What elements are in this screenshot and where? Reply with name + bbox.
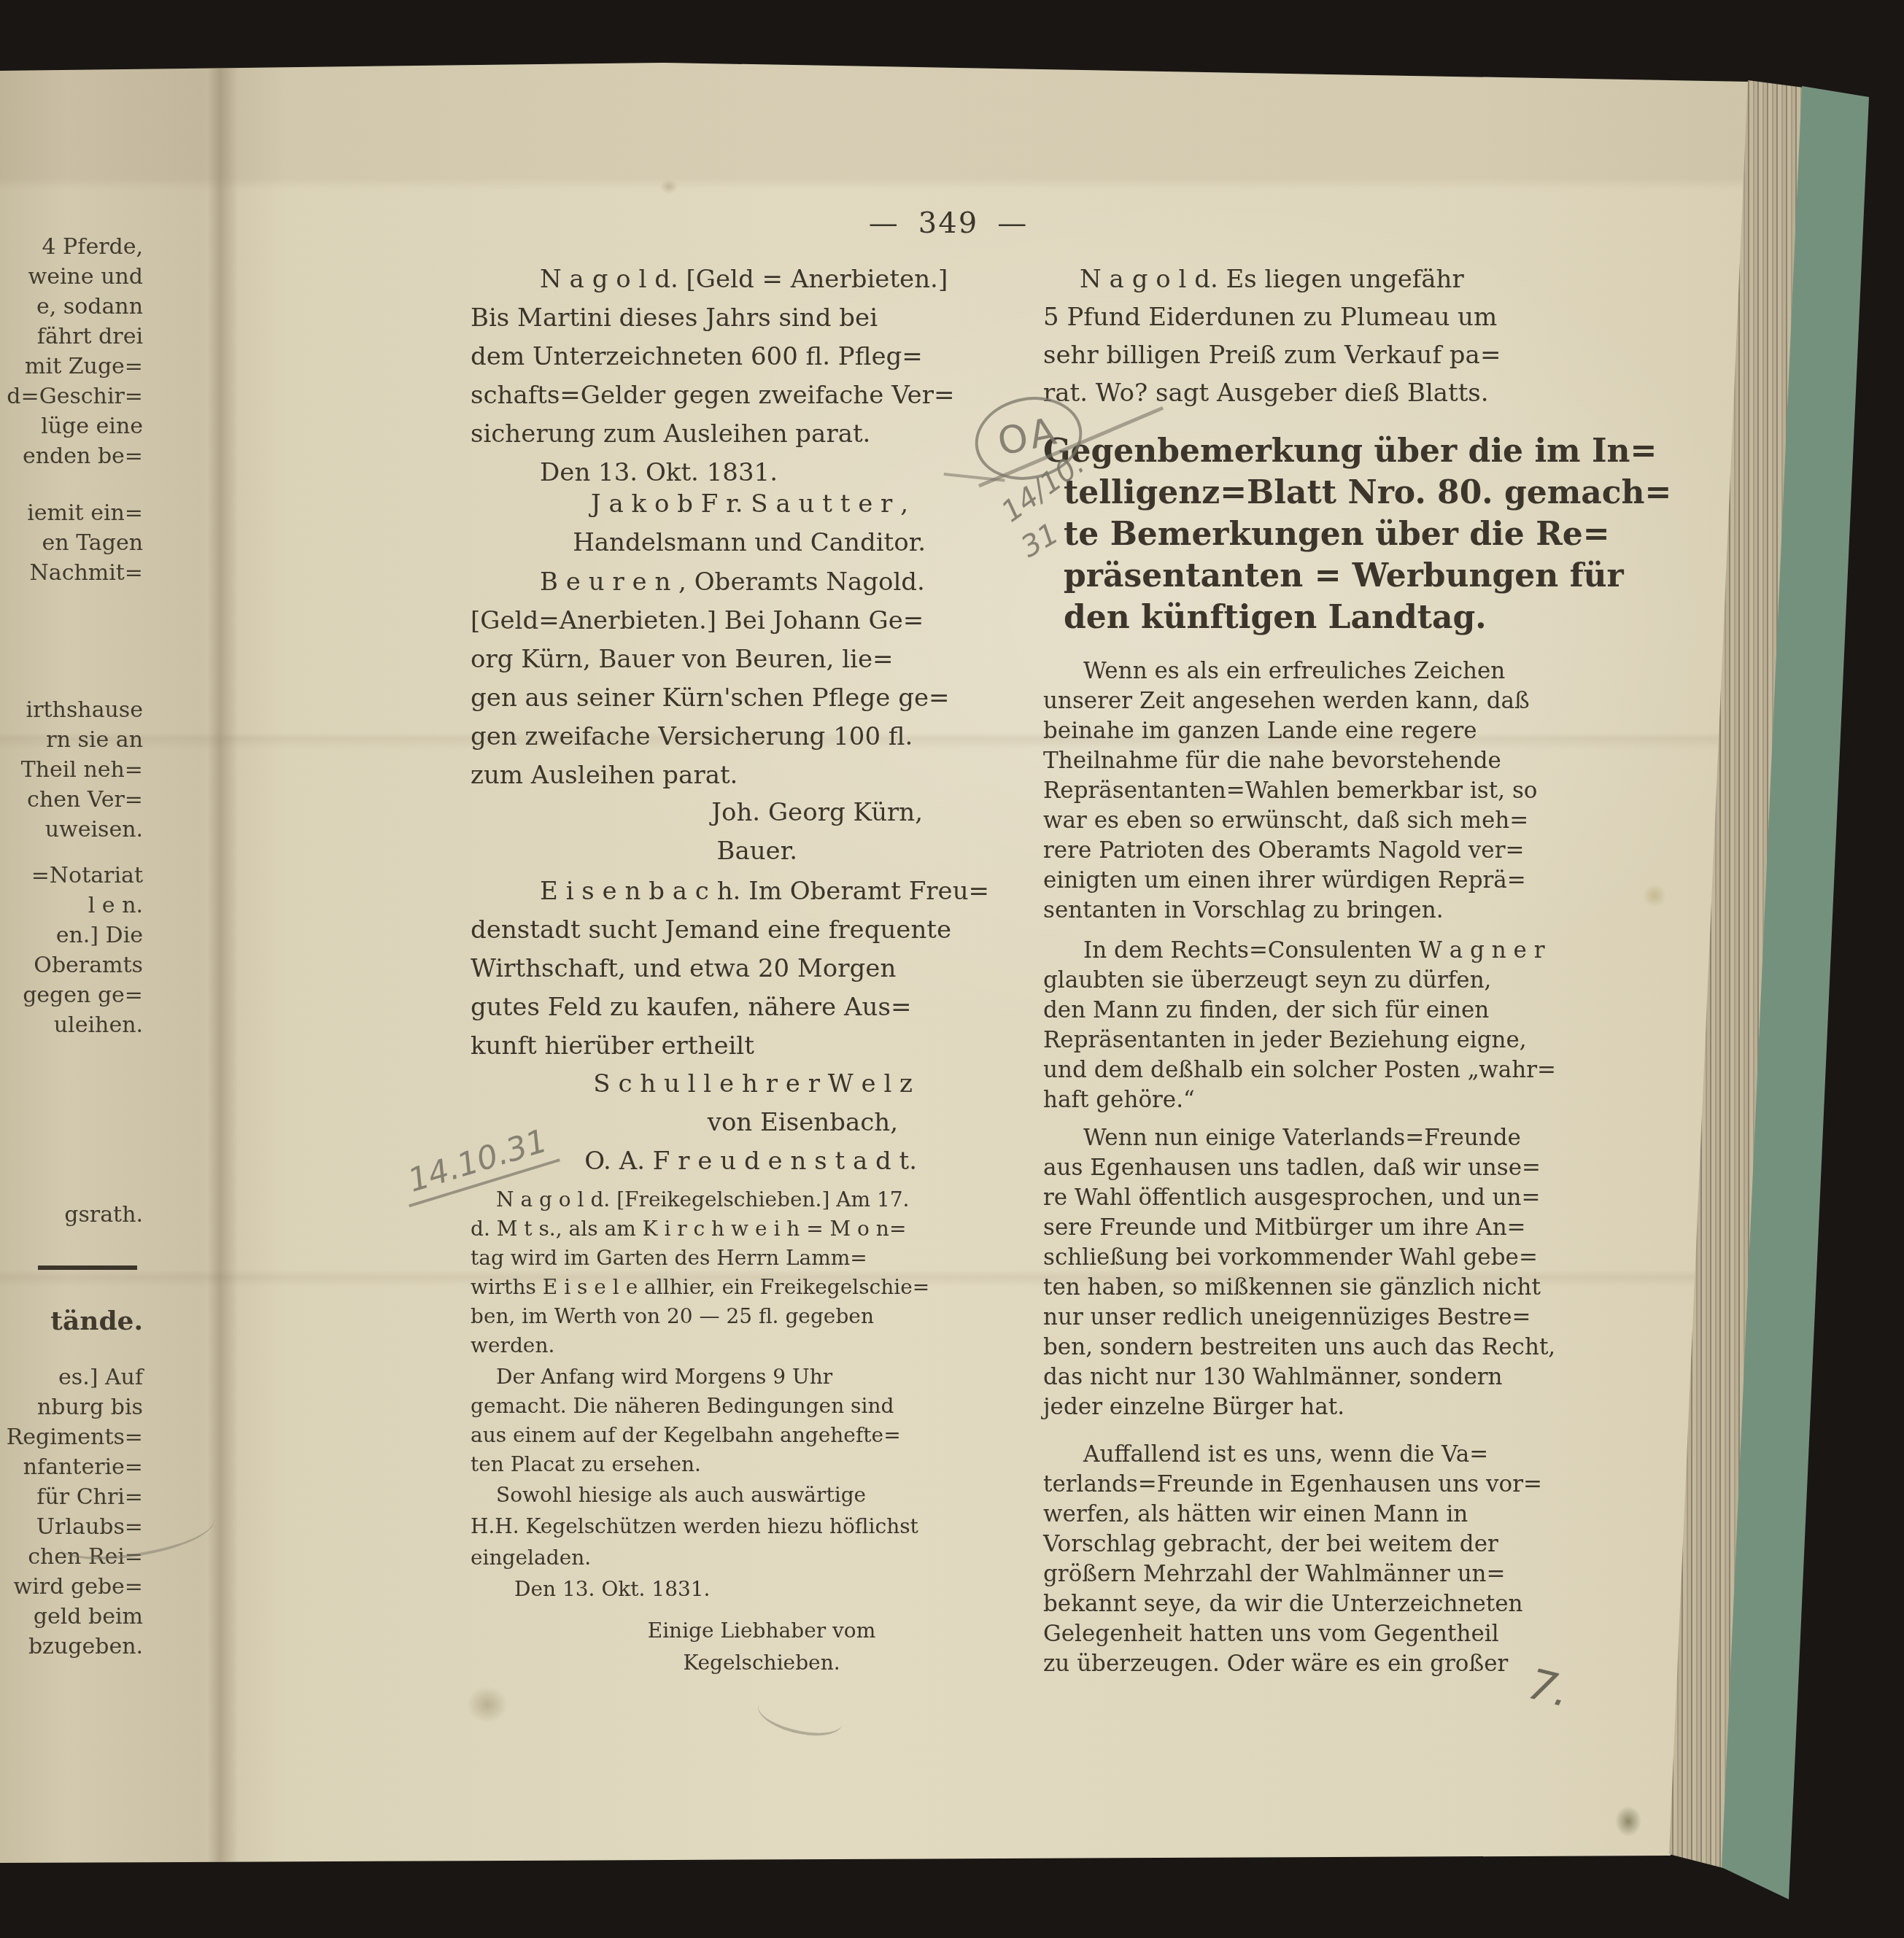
ad-beuren-geld-anerbieten: B e u r e n , Oberamts Nagold.[Geld=Aner… [471, 563, 929, 795]
text-line: Wenn es als ein erfreuliches Zeichen [1043, 656, 1641, 686]
text-line: aus einem auf der Kegelbahn angehefte= [471, 1421, 929, 1450]
text-line: Bis Martini dieses Jahrs sind bei [471, 299, 929, 338]
text-line: Sowohl hiesige als auch auswärtige [471, 1479, 929, 1511]
text-line: 5 Pfund Eiderdunen zu Plumeau um [1043, 298, 1641, 336]
text-line: uweisen. [0, 815, 143, 845]
text-line: terlands=Freunde in Egenhausen uns vor= [1043, 1470, 1641, 1500]
text-line: Joh. Georg Kürn, [471, 794, 929, 832]
text-line: uleihen. [0, 1010, 143, 1040]
text-line: weine und [0, 262, 143, 292]
text-line: größern Mehrzahl der Wahlmänner un= [1043, 1559, 1641, 1589]
text-line: sicherung zum Ausleihen parat. [471, 415, 929, 454]
ad-nagold-geld-anerbieten: N a g o l d. [Geld = Anerbieten.]Bis Mar… [471, 260, 929, 492]
text-line: irthshause [0, 695, 143, 725]
text-line: =Notariat [0, 861, 143, 891]
text-line: S c h u l l e h r e r W e l z [471, 1065, 929, 1104]
text-line: Gegenbemerkung über die im In= [1043, 430, 1641, 472]
text-line: ten haben, so mißkennen sie gänzlich nic… [1043, 1273, 1641, 1303]
text-line: l e n. [0, 891, 143, 920]
text-line: gen aus seiner Kürn'schen Pflege ge= [471, 679, 929, 718]
text-line: gsrath. [0, 1200, 143, 1230]
text-line: wirths E i s e l e allhier, ein Freikege… [471, 1273, 929, 1302]
text-line: chen Ver= [0, 785, 143, 815]
para-gegenbemerkung-4: Auffallend ist es uns, wenn die Va=terla… [1043, 1440, 1641, 1679]
prev-page-fragment-block: 4 Pferde,weine unde, sodannfährt dreimit… [0, 232, 143, 471]
text-line: rere Patrioten des Oberamts Nagold ver= [1043, 836, 1641, 866]
text-line: sehr billigen Preiß zum Verkauf pa= [1043, 336, 1641, 374]
text-line: glaubten sie überzeugt seyn zu dürfen, [1043, 966, 1641, 996]
text-line: wird gebe= [0, 1572, 143, 1602]
text-line: Wenn nun einige Vaterlands=Freunde [1043, 1123, 1641, 1153]
text-line: Nachmit= [0, 558, 143, 588]
text-line: mit Zuge= [0, 352, 143, 381]
para-gegenbemerkung-3: Wenn nun einige Vaterlands=Freundeaus Eg… [1043, 1123, 1641, 1422]
text-line: aus Egenhausen uns tadlen, daß wir unse= [1043, 1153, 1641, 1183]
text-line: te Bemerkungen über die Re= [1043, 513, 1641, 555]
text-line: fährt drei [0, 322, 143, 352]
ad-nagold-freikegelschieben: N a g o l d. [Freikegelschieben.] Am 17.… [471, 1185, 929, 1360]
text-line: J a k o b F r. S a u t t e r , [471, 485, 929, 524]
header-dash-right: — [997, 206, 1028, 240]
text-line: Einige Liebhaber vom [471, 1615, 929, 1647]
text-line: Handelsmann und Canditor. [471, 524, 929, 562]
text-line: Theilnahme für die nahe bevorstehende [1043, 746, 1641, 776]
section-divider-rule [38, 1265, 137, 1270]
header-dash-left: — [869, 206, 899, 240]
prev-page-fragment-block: irthshausern sie anTheil neh=chen Ver=uw… [0, 695, 143, 845]
text-line: ten Placat zu ersehen. [471, 1450, 929, 1479]
text-line: [Geld=Anerbieten.] Bei Johann Ge= [471, 602, 929, 640]
text-line: geld beim [0, 1602, 143, 1632]
text-line: rn sie an [0, 725, 143, 755]
text-line: Theil neh= [0, 755, 143, 785]
text-line: enden be= [0, 441, 143, 471]
text-line: en Tagen [0, 528, 143, 558]
heading-gegenbemerkung: Gegenbemerkung über die im In=telligenz=… [1043, 430, 1641, 638]
text-line: e, sodann [0, 292, 143, 322]
paper-stain [467, 1686, 508, 1723]
text-line: gen zweifache Versicherung 100 fl. [471, 718, 929, 756]
text-line: schließung bei vorkommender Wahl gebe= [1043, 1243, 1641, 1273]
para-freikegelschieben-details: Der Anfang wird Morgens 9 Uhrgemacht. Di… [471, 1363, 929, 1479]
text-line: gutes Feld zu kaufen, nähere Aus= [471, 988, 929, 1027]
text-line: gegen ge= [0, 980, 143, 1010]
text-line: B e u r e n , Oberamts Nagold. [471, 563, 929, 602]
text-line: N a g o l d. Es liegen ungefähr [1043, 260, 1641, 298]
text-line: beinahe im ganzen Lande eine regere [1043, 716, 1641, 746]
text-line: re Wahl öffentlich ausgesprochen, und un… [1043, 1183, 1641, 1213]
text-line: Oberamts [0, 950, 143, 980]
text-line: den künftigen Landtag. [1043, 597, 1641, 638]
text-line: Repräsentanten=Wahlen bemerkbar ist, so [1043, 776, 1641, 806]
text-line: präsentanten = Werbungen für [1043, 555, 1641, 597]
text-line: nur unser redlich uneigennüziges Bestre= [1043, 1303, 1641, 1333]
text-line: dem Unterzeichneten 600 fl. Pfleg= [471, 338, 929, 376]
text-line: einigten um einen ihrer würdigen Reprä= [1043, 866, 1641, 896]
text-line: In dem Rechts=Consulenten W a g n e r [1043, 936, 1641, 966]
ad-nagold-eiderdunen: N a g o l d. Es liegen ungefähr5 Pfund E… [1043, 260, 1641, 412]
text-line: kunft hierüber ertheilt [471, 1027, 929, 1066]
prev-page-fragment-block: iemit ein=en TagenNachmit= [0, 498, 143, 588]
paper-stain [1615, 1806, 1641, 1837]
text-line: Der Anfang wird Morgens 9 Uhr [471, 1363, 929, 1392]
text-line: zum Ausleihen parat. [471, 756, 929, 795]
text-line: Den 13. Okt. 1831. [471, 1573, 929, 1605]
para-freikegelschieben-einladung: Sowohl hiesige als auch auswärtigeH.H. K… [471, 1479, 929, 1605]
signature-joh-georg-kuern: Joh. Georg Kürn,Bauer. [471, 794, 929, 871]
para-gegenbemerkung-2: In dem Rechts=Consulenten W a g n e rgla… [1043, 936, 1641, 1115]
text-line: sere Freunde und Mitbürger um ihre An= [1043, 1213, 1641, 1243]
text-line: nfanterie= [0, 1452, 143, 1482]
text-line: ben, im Werth von 20 — 25 fl. gegeben [471, 1302, 929, 1331]
signature-kegelschieben-liebhaber: Einige Liebhaber vomKegelschieben. [471, 1615, 929, 1679]
page-number: 349 [918, 206, 978, 240]
text-line: d=Geschir= [0, 381, 143, 411]
text-line: Kegelschieben. [471, 1647, 929, 1679]
text-line: nburg bis [0, 1392, 143, 1422]
text-line: gemacht. Die näheren Bedingungen sind [471, 1392, 929, 1421]
text-line: Wirthschaft, und etwa 20 Morgen [471, 950, 929, 988]
para-gegenbemerkung-1: Wenn es als ein erfreuliches Zeichenunse… [1043, 656, 1641, 926]
book-scan-photo: —349— 4 Pferde,weine unde, sodannfährt d… [0, 0, 1904, 1938]
prev-page-fragment-block: =Notariatl e n.en.] DieOberamtsgegen ge=… [0, 861, 143, 1040]
text-line: sentanten in Vorschlag zu bringen. [1043, 896, 1641, 926]
text-line: und dem deßhalb ein solcher Posten „wahr… [1043, 1055, 1641, 1085]
text-line: Regiments= [0, 1422, 143, 1452]
text-line: jeder einzelne Bürger hat. [1043, 1392, 1641, 1422]
text-line: en.] Die [0, 920, 143, 950]
text-line: Repräsentanten in jeder Beziehung eigne, [1043, 1026, 1641, 1055]
text-line: rat. Wo? sagt Ausgeber dieß Blatts. [1043, 374, 1641, 412]
text-line: haft gehöre.“ [1043, 1085, 1641, 1115]
text-line: iemit ein= [0, 498, 143, 528]
text-line: bekannt seye, da wir die Unterzeichneten [1043, 1589, 1641, 1619]
paper-stain [1643, 884, 1666, 907]
text-line: org Kürn, Bauer von Beuren, lie= [471, 640, 929, 679]
paper-stain [660, 179, 678, 194]
text-line: N a g o l d. [Geld = Anerbieten.] [471, 260, 929, 299]
text-line: lüge eine [0, 411, 143, 441]
text-line: Auffallend ist es uns, wenn die Va= [1043, 1440, 1641, 1470]
text-line: E i s e n b a c h. Im Oberamt Freu= [471, 872, 929, 911]
ad-eisenbach-wirtschaft-gesuch: E i s e n b a c h. Im Oberamt Freu=denst… [471, 872, 929, 1066]
page-number-header: —349— [832, 206, 1065, 240]
text-line: denstadt sucht Jemand eine frequente [471, 911, 929, 950]
text-line: tag wird im Garten des Herrn Lamm= [471, 1244, 929, 1273]
text-line: d. M t s., als am K i r c h w e i h = M … [471, 1214, 929, 1244]
text-line: unserer Zeit angesehen werden kann, daß [1043, 686, 1641, 716]
text-line: 4 Pferde, [0, 232, 143, 262]
text-line: für Chri= [0, 1482, 143, 1512]
prev-page-fragment-block: gsrath. [0, 1200, 143, 1230]
prev-page-section-heading: tände. [0, 1306, 143, 1336]
text-line: eingeladen. [471, 1542, 929, 1573]
text-line: schafts=Gelder gegen zweifache Ver= [471, 376, 929, 415]
text-line: das nicht nur 130 Wahlmänner, sondern [1043, 1363, 1641, 1392]
text-line: N a g o l d. [Freikegelschieben.] Am 17. [471, 1185, 929, 1214]
text-line: ben, sondern bestreiten uns auch das Rec… [1043, 1333, 1641, 1363]
text-line: bzugeben. [0, 1632, 143, 1662]
text-line: Gelegenheit hatten uns vom Gegentheil [1043, 1619, 1641, 1649]
signature-jakob-fr-sautter: J a k o b F r. S a u t t e r ,Handelsman… [471, 485, 929, 562]
text-line: Vorschlag gebracht, der bei weitem der [1043, 1530, 1641, 1559]
text-line: telligenz=Blatt Nro. 80. gemach= [1043, 472, 1641, 513]
text-line: den Mann zu finden, der sich für einen [1043, 996, 1641, 1026]
text-line: werfen, als hätten wir einen Mann in [1043, 1500, 1641, 1530]
text-line: war es eben so erwünscht, daß sich meh= [1043, 806, 1641, 836]
text-line: H.H. Kegelschützen werden hiezu höflichs… [471, 1511, 929, 1542]
text-line: werden. [471, 1331, 929, 1360]
text-line: Bauer. [471, 832, 929, 871]
text-line: es.] Auf [0, 1363, 143, 1392]
